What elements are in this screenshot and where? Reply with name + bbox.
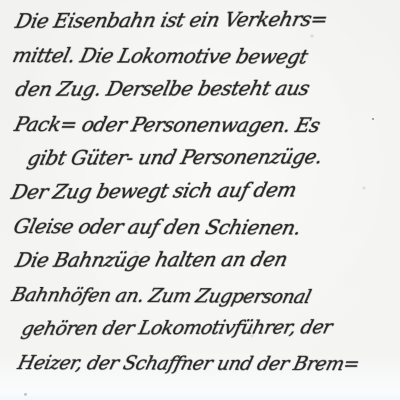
handwritten-text-block: Die Eisenbahn ist ein Verkehrs= mittel. … [0, 2, 400, 380]
scan-speck [24, 393, 27, 396]
scanned-handwriting-page: Die Eisenbahn ist ein Verkehrs= mittel. … [0, 0, 400, 400]
handwritten-line: Die Eisenbahn ist ein Verkehrs= [0, 1, 400, 38]
handwritten-line: Bahnhöfen an. Zum Zugpersonal [0, 278, 400, 315]
handwritten-line: Die Bahnzüge halten an den [0, 242, 400, 278]
handwritten-line: Pack= oder Personenwagen. Es [0, 107, 400, 143]
handwritten-line: Gleise oder auf den Schienen. [0, 209, 400, 245]
handwritten-line: Heizer, der Schaffner und der Brem= [0, 346, 400, 382]
handwritten-line: Der Zug bewegt sich auf dem [0, 171, 400, 209]
handwritten-line: den Zug. Derselbe besteht aus [0, 71, 400, 107]
scan-edge-strip [0, 392, 400, 400]
handwritten-line: gehören der Lokomotivführer, der [0, 310, 400, 346]
handwritten-line: gibt Güter- und Personenzüge. [0, 139, 400, 175]
handwritten-line: mittel. Die Lokomotive bewegt [0, 38, 400, 74]
